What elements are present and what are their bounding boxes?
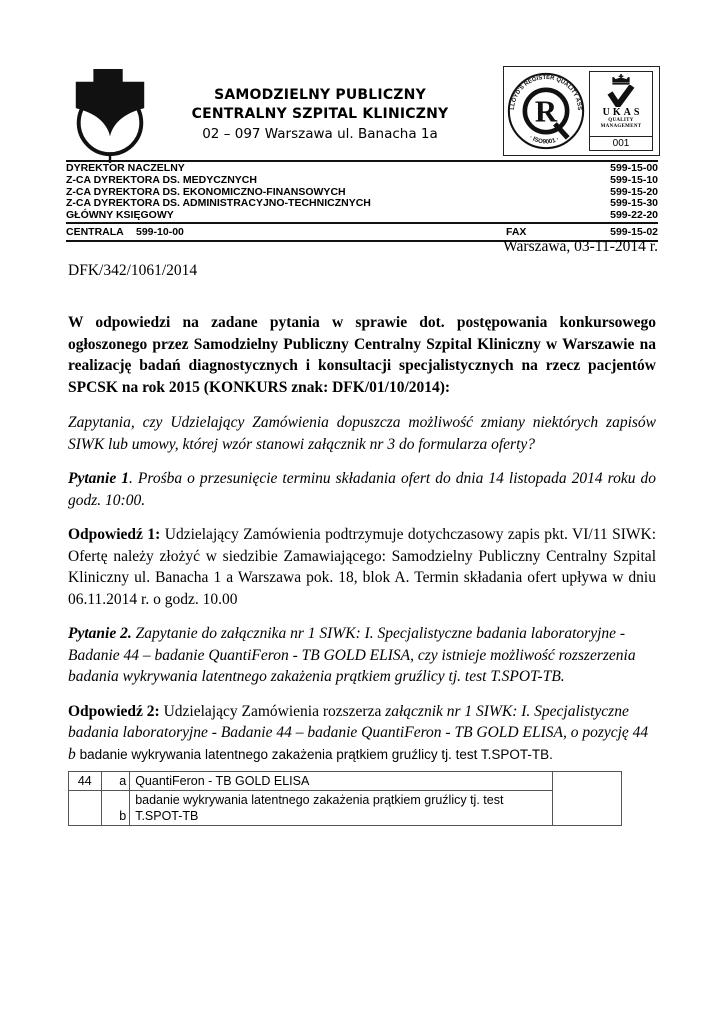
annex-table: 44 a QuantiFeron - TB GOLD ELISA b badan… bbox=[68, 771, 622, 826]
cell-sub-letter: b bbox=[101, 791, 130, 826]
reference-number: DFK/342/1061/2014 bbox=[68, 262, 197, 280]
zapytania-paragraph: Zapytania, czy Udzielający Zamówienia do… bbox=[68, 412, 656, 455]
cell-test-name: badanie wykrywania latentnego zakażenia … bbox=[130, 791, 553, 826]
fax-label: FAX bbox=[506, 226, 596, 238]
cell-position-number: 44 bbox=[69, 772, 102, 791]
cell-sub-letter: a bbox=[101, 772, 130, 791]
letter-body: W odpowiedzi na zadane pytania w sprawie… bbox=[68, 312, 656, 826]
centrala-label: CENTRALA bbox=[66, 226, 136, 238]
directory-phone: 599-22-20 bbox=[610, 210, 658, 222]
ukas-name: UKAS bbox=[603, 107, 643, 118]
cell-position-number bbox=[69, 791, 102, 826]
dateline: Warszawa, 03-11-2014 r. bbox=[66, 238, 658, 256]
directory-label: GŁÓWNY KSIĘGOWY bbox=[66, 210, 174, 222]
odpowiedz2-sans: badanie wykrywania latentnego zakażenia … bbox=[80, 747, 553, 762]
lloyds-register-seal-icon: LLOYD'S REGISTER QUALITY ASSURANCE · ISO… bbox=[505, 70, 587, 152]
odpowiedz1-label: Odpowiedź 1: bbox=[68, 526, 160, 543]
odpowiedz2-paragraph: Odpowiedź 2: Udzielający Zamówienia rozs… bbox=[68, 701, 656, 766]
pytanie1-text: . Prośba o przesunięcie terminu składani… bbox=[68, 470, 656, 509]
org-address: 02 – 097 Warszawa ul. Banacha 1a bbox=[160, 125, 480, 144]
crown-icon bbox=[611, 74, 631, 85]
pytanie2-label: Pytanie 2. bbox=[68, 625, 132, 642]
pytanie2-text: Zapytanie do załącznika nr 1 SIWK: I. Sp… bbox=[68, 625, 636, 685]
table-row: b badanie wykrywania latentnego zakażeni… bbox=[69, 791, 622, 826]
directory-row: GŁÓWNY KSIĘGOWY 599-22-20 bbox=[66, 210, 658, 222]
svg-text:· ISO9001 ·: · ISO9001 · bbox=[528, 134, 560, 146]
table-row: 44 a QuantiFeron - TB GOLD ELISA bbox=[69, 772, 622, 791]
fax-phone: 599-15-02 bbox=[596, 226, 658, 238]
pytanie1-paragraph: Pytanie 1. Prośba o przesunięcie terminu… bbox=[68, 468, 656, 511]
quality-seals-box: LLOYD'S REGISTER QUALITY ASSURANCE · ISO… bbox=[503, 66, 660, 156]
directory-label: Z-CA DYREKTORA DS. MEDYCZNYCH bbox=[66, 175, 257, 187]
ukas-sub-management: MANAGEMENT bbox=[601, 124, 642, 129]
odpowiedz1-paragraph: Odpowiedź 1: Udzielający Zamówienia podt… bbox=[68, 524, 656, 610]
ukas-mark: UKAS QUALITY MANAGEMENT 001 bbox=[587, 71, 655, 151]
odpowiedz2-regular: Udzielający Zamówienia rozszerza bbox=[160, 703, 385, 720]
org-header: SAMODZIELNY PUBLICZNY CENTRALNY SZPITAL … bbox=[160, 86, 480, 144]
cell-empty bbox=[552, 772, 621, 826]
org-name-line2: CENTRALNY SZPITAL KLINICZNY bbox=[160, 105, 480, 124]
directory-row: Z-CA DYREKTORA DS. MEDYCZNYCH 599-15-10 bbox=[66, 175, 658, 187]
pytanie1-label: Pytanie 1 bbox=[68, 470, 129, 487]
pytanie2-paragraph: Pytanie 2. Zapytanie do załącznika nr 1 … bbox=[68, 623, 656, 688]
cell-test-name: QuantiFeron - TB GOLD ELISA bbox=[130, 772, 553, 791]
hospital-logo-icon bbox=[66, 66, 154, 164]
checkmark-icon bbox=[606, 85, 636, 107]
ukas-number: 001 bbox=[589, 137, 653, 151]
odpowiedz2-label: Odpowiedź 2: bbox=[68, 703, 160, 720]
rule-mid bbox=[66, 222, 658, 224]
centrala-row: CENTRALA 599-10-00 FAX 599-15-02 bbox=[66, 226, 658, 238]
svg-text:R: R bbox=[535, 94, 558, 128]
ukas-sub-quality: QUALITY bbox=[608, 118, 633, 123]
ukas-box: UKAS QUALITY MANAGEMENT bbox=[589, 71, 653, 137]
phone-directory: DYREKTOR NACZELNY 599-15-00 Z-CA DYREKTO… bbox=[66, 163, 658, 222]
org-name-line1: SAMODZIELNY PUBLICZNY bbox=[160, 86, 480, 105]
letter-page: SAMODZIELNY PUBLICZNY CENTRALNY SZPITAL … bbox=[0, 0, 724, 1024]
intro-paragraph: W odpowiedzi na zadane pytania w sprawie… bbox=[68, 312, 656, 398]
centrala-phone: 599-10-00 bbox=[136, 226, 506, 238]
directory-phone: 599-15-10 bbox=[610, 175, 658, 187]
